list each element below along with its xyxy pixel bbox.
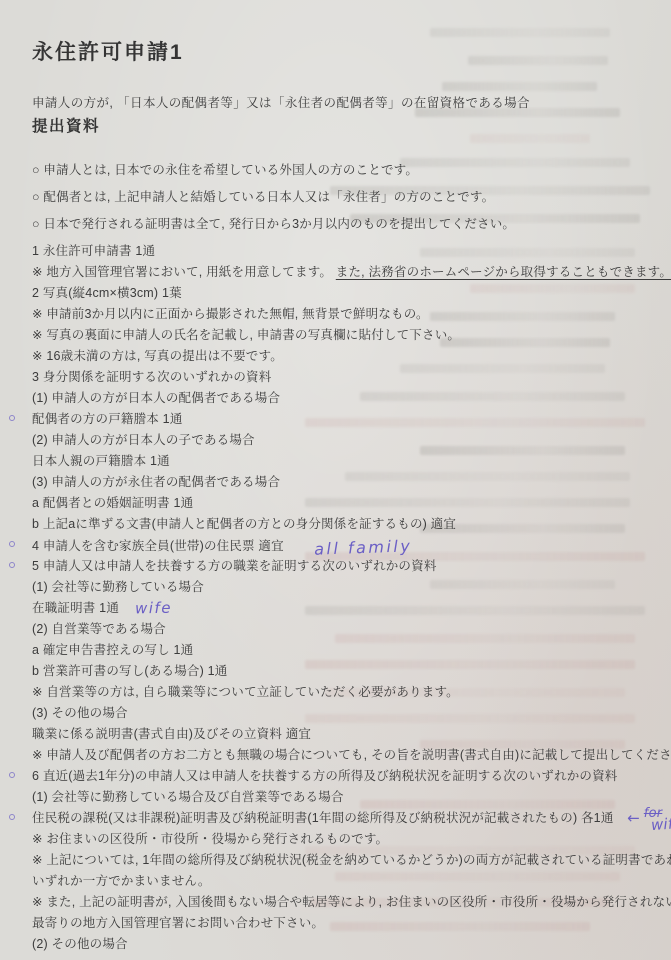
line-text: 最寄りの地方入国管理官署にお問い合わせ下さい。 <box>32 916 324 930</box>
document-line: 職業に係る説明書(書式自由)及びその立資料 適宜 <box>0 724 671 745</box>
line-text: ※ また, 上記の証明書が, 入国後間もない場合や転居等により, お住まいの区役… <box>32 895 671 909</box>
document-content: 永住許可申請1 申請人の方が, 「日本人の配偶者等」又は「永住者の配偶者等」の在… <box>0 0 671 955</box>
line-text: ※ 申請前3か月以内に正面から撮影された無帽, 無背景で鮮明なもの。 <box>32 307 429 321</box>
document-line: (1) 申請人の方が日本人の配偶者である場合 <box>0 388 671 409</box>
line-text: ※ 申請人及び配偶者の方お二方とも無職の場合についても, その旨を説明書(書式自… <box>32 748 671 762</box>
document-line: ※ 申請前3か月以内に正面から撮影された無帽, 無背景で鮮明なもの。 <box>0 304 671 325</box>
handwritten-circle-mark <box>9 415 15 421</box>
document-line: ※ 自営業等の方は, 自ら職業等について立証していただく必要があります。 <box>0 682 671 703</box>
document-line: ※ 上記については, 1年間の総所得及び納税状況(税金を納めているかどうか)の両… <box>0 850 671 871</box>
line-text: 6 直近(過去1年分)の申請人又は申請人を扶養する方の所得及び納税状況を証明する… <box>32 769 618 783</box>
line-text: ※ 写真の裏面に申請人の氏名を記載し, 申請書の写真欄に貼付して下さい。 <box>32 328 460 342</box>
handwritten-arrow-annotation: ←forwife <box>627 808 671 830</box>
document-line: いずれか一方でかまいません。 <box>0 871 671 892</box>
document-line: a 確定申告書控えの写し 1通 <box>0 640 671 661</box>
document-line: ※ お住まいの区役所・市役所・役場から発行されるものです。 <box>0 829 671 850</box>
line-text: (2) その他の場合 <box>32 937 128 951</box>
document-line: (2) 申請人の方が日本人の子である場合 <box>0 430 671 451</box>
line-text: 住民税の課税(又は非課税)証明書及び納税証明書(1年間の総所得及び納税状況が記載… <box>32 811 614 825</box>
handwritten-circle-mark <box>9 562 15 568</box>
line-text: ※ 自営業等の方は, 自ら職業等について立証していただく必要があります。 <box>32 685 459 699</box>
page-title: 永住許可申請1 <box>32 36 671 66</box>
line-text: (2) 自営業等である場合 <box>32 622 166 636</box>
line-text: (3) 申請人の方が永住者の配偶者である場合 <box>32 475 280 489</box>
line-text: (1) 会社等に勤務している場合 <box>32 580 204 594</box>
line-text: ○ 配偶者とは, 上記申請人と結婚している日本人又は「永住者」の方のことです。 <box>32 190 494 204</box>
document-line: 在職証明書 1通 wife <box>0 598 671 619</box>
document-line: (2) その他の場合 <box>0 934 671 955</box>
line-text: b 上記aに準ずる文書(申請人と配偶者の方との身分関係を証するもの) 適宜 <box>32 517 456 531</box>
line-text: ○ 日本で発行される証明書は全て, 発行日から3か月以内のものを提出してください… <box>32 217 515 231</box>
line-text: 3 身分関係を証明する次のいずれかの資料 <box>32 370 271 384</box>
document-line: ※ 写真の裏面に申請人の氏名を記載し, 申請書の写真欄に貼付して下さい。 <box>0 325 671 346</box>
scanned-document-page: 永住許可申請1 申請人の方が, 「日本人の配偶者等」又は「永住者の配偶者等」の在… <box>0 0 671 960</box>
line-text: b 営業許可書の写し(ある場合) 1通 <box>32 664 227 678</box>
document-line: 最寄りの地方入国管理官署にお問い合わせ下さい。 <box>0 913 671 934</box>
handwritten-annotation: wife <box>135 599 172 618</box>
document-line: (1) 会社等に勤務している場合 <box>0 577 671 598</box>
document-line: (2) 自営業等である場合 <box>0 619 671 640</box>
line-text: (1) 会社等に勤務している場合及び自営業等である場合 <box>32 790 344 804</box>
document-line: 配偶者の方の戸籍謄本 1通 <box>0 409 671 430</box>
document-line: b 上記aに準ずる文書(申請人と配偶者の方との身分関係を証するもの) 適宜 <box>0 514 671 535</box>
document-line: 5 申請人又は申請人を扶養する方の職業を証明する次のいずれかの資料 <box>0 556 671 577</box>
handwritten-circle-mark <box>9 541 15 547</box>
document-line: 2 写真(縦4cm×横3cm) 1葉 <box>0 283 671 304</box>
line-text: (3) その他の場合 <box>32 706 128 720</box>
line-text: (1) 申請人の方が日本人の配偶者である場合 <box>32 391 280 405</box>
line-text: a 配偶者との婚姻証明書 1通 <box>32 496 193 510</box>
section-heading: 提出資料 <box>32 114 671 136</box>
document-line: ○ 申請人とは, 日本での永住を希望している外国人の方のことです。 <box>0 160 671 187</box>
document-line: ○ 配偶者とは, 上記申請人と結婚している日本人又は「永住者」の方のことです。 <box>0 187 671 214</box>
document-line: 6 直近(過去1年分)の申請人又は申請人を扶養する方の所得及び納税状況を証明する… <box>0 766 671 787</box>
line-text: いずれか一方でかまいません。 <box>32 874 211 888</box>
line-text: ○ 申請人とは, 日本での永住を希望している外国人の方のことです。 <box>32 163 418 177</box>
line-text: ※ 16歳未満の方は, 写真の提出は不要です。 <box>32 349 283 363</box>
line-text: 配偶者の方の戸籍謄本 1通 <box>32 412 183 426</box>
line-text: 職業に係る説明書(書式自由)及びその立資料 適宜 <box>32 727 311 741</box>
line-text: a 確定申告書控えの写し 1通 <box>32 643 193 657</box>
handwritten-circle-mark <box>9 772 15 778</box>
line-text: ※ 地方入国管理官署において, 用紙を用意してます。 <box>32 265 332 279</box>
line-text: 1 永住許可申請書 1通 <box>32 244 155 258</box>
document-line: a 配偶者との婚姻証明書 1通 <box>0 493 671 514</box>
document-line: ※ また, 上記の証明書が, 入国後間もない場合や転居等により, お住まいの区役… <box>0 892 671 913</box>
document-subtitle: 申請人の方が, 「日本人の配偶者等」又は「永住者の配偶者等」の在留資格である場合 <box>32 93 671 111</box>
handwritten-circle-mark <box>9 814 15 820</box>
line-text: (2) 申請人の方が日本人の子である場合 <box>32 433 255 447</box>
line-text: ※ お住まいの区役所・市役所・役場から発行されるものです。 <box>32 832 388 846</box>
line-text: 在職証明書 1通 <box>32 601 119 615</box>
line-text: 日本人親の戸籍謄本 1通 <box>32 454 170 468</box>
left-arrow-icon: ← <box>627 809 639 827</box>
document-line: b 営業許可書の写し(ある場合) 1通 <box>0 661 671 682</box>
document-line: ※ 16歳未満の方は, 写真の提出は不要です。 <box>0 346 671 367</box>
line-text: 5 申請人又は申請人を扶養する方の職業を証明する次のいずれかの資料 <box>32 559 437 573</box>
document-line: ※ 申請人及び配偶者の方お二方とも無職の場合についても, その旨を説明書(書式自… <box>0 745 671 766</box>
document-lines: ○ 申請人とは, 日本での永住を希望している外国人の方のことです。 ○ 配偶者と… <box>32 160 671 955</box>
document-line: (3) 申請人の方が永住者の配偶者である場合 <box>0 472 671 493</box>
document-line: ※ 地方入国管理官署において, 用紙を用意してます。 また, 法務省のホームペー… <box>0 262 671 283</box>
document-line: (3) その他の場合 <box>0 703 671 724</box>
document-line: 住民税の課税(又は非課税)証明書及び納税証明書(1年間の総所得及び納税状況が記載… <box>0 808 671 829</box>
document-line: (1) 会社等に勤務している場合及び自営業等である場合 <box>0 787 671 808</box>
document-line: 4 申請人を含む家族全員(世帯)の住民票 適宜 all family <box>0 535 671 556</box>
line-text: 2 写真(縦4cm×横3cm) 1葉 <box>32 286 182 300</box>
document-line: 日本人親の戸籍謄本 1通 <box>0 451 671 472</box>
underlined-text: また, 法務省のホームページから取得することもできます。 <box>336 265 671 279</box>
document-line: 3 身分関係を証明する次のいずれかの資料 <box>0 367 671 388</box>
document-line: ○ 日本で発行される証明書は全て, 発行日から3か月以内のものを提出してください… <box>0 214 671 241</box>
line-text: ※ 上記については, 1年間の総所得及び納税状況(税金を納めているかどうか)の両… <box>32 853 671 867</box>
line-text: 4 申請人を含む家族全員(世帯)の住民票 適宜 <box>32 539 284 553</box>
document-line: 1 永住許可申請書 1通 <box>0 241 671 262</box>
